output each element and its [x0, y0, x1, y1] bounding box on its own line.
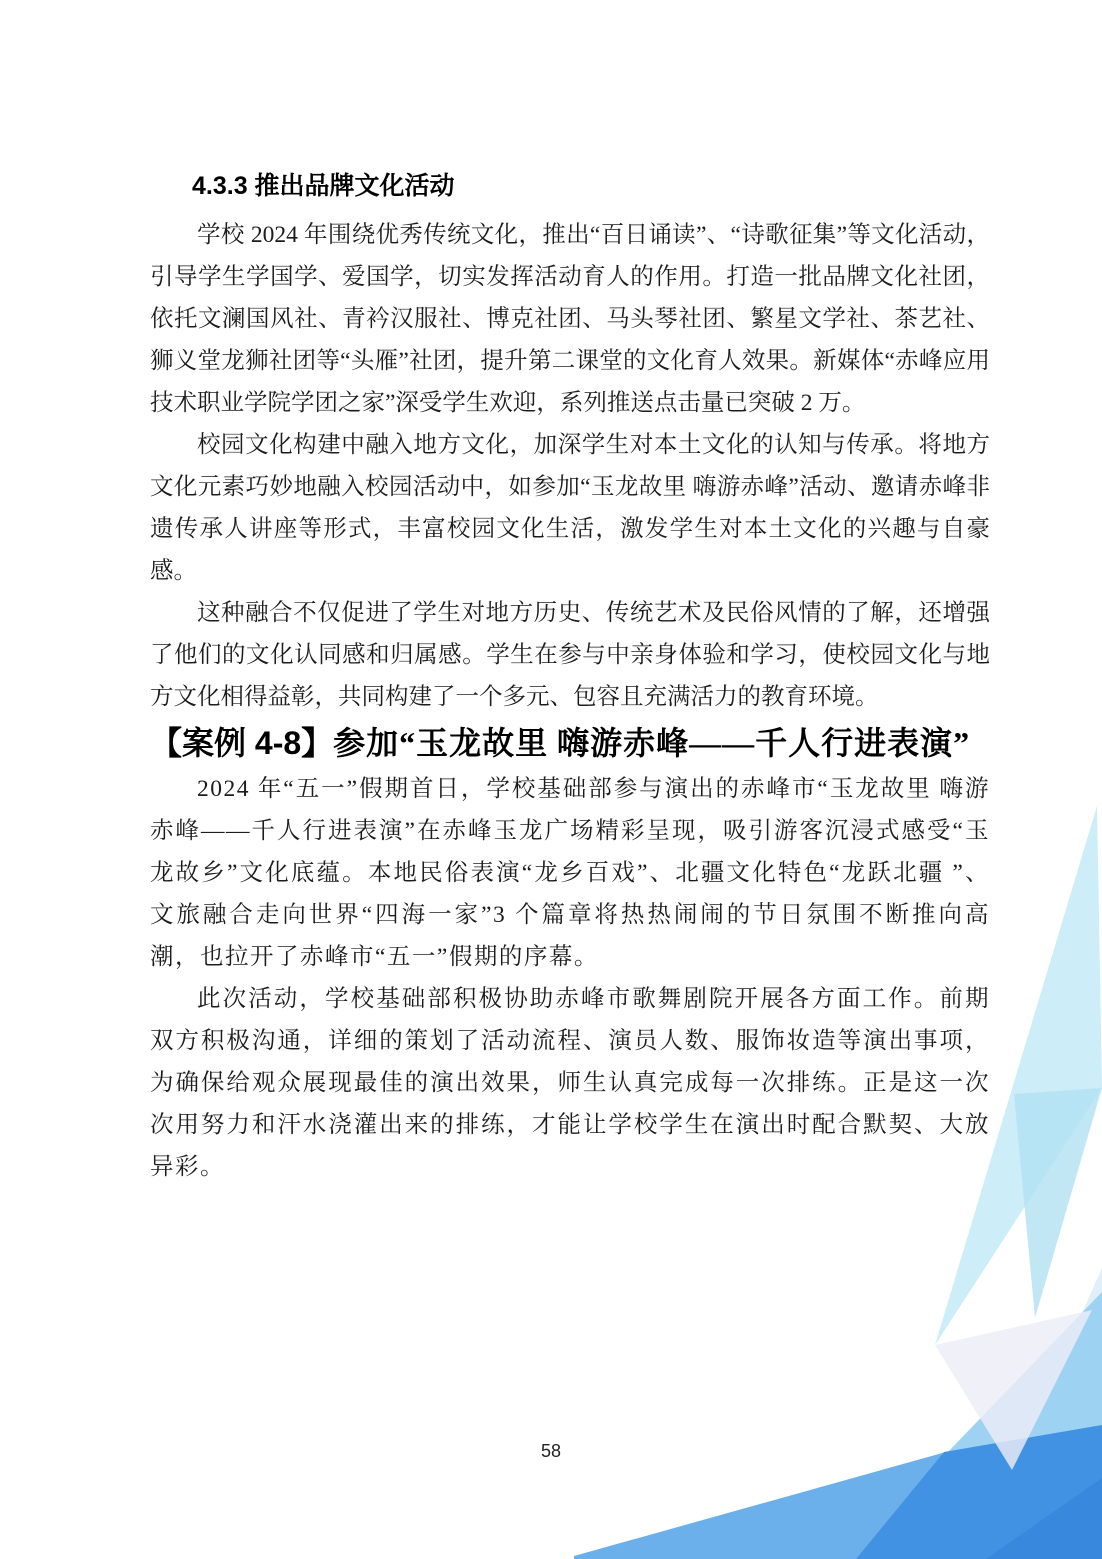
decoration-sky-band: [858, 1292, 1102, 1559]
case-paragraph-performance: 2024 年“五一”假期首日，学校基础部参与演出的赤峰市“玉龙故里 嗨游赤峰——…: [150, 768, 990, 978]
case-label: 【案例 4-8】: [150, 725, 333, 761]
section-heading: 4.3.3 推出品牌文化活动: [192, 166, 990, 206]
case-paragraph-rehearsal: 此次活动，学校基础部积极协助赤峰市歌舞剧院开展各方面工作。前期双方积极沟通，详细…: [150, 978, 990, 1188]
paragraph-local-culture: 校园文化构建中融入地方文化，加深学生对本土文化的认知与传承。将地方文化元素巧妙地…: [150, 424, 990, 592]
page-number: 58: [0, 1441, 1102, 1462]
document-page: 4.3.3 推出品牌文化活动 学校 2024 年围绕优秀传统文化，推出“百日诵读…: [0, 0, 1102, 1559]
decoration-medium-sliver: [574, 1452, 1024, 1559]
text-column: 4.3.3 推出品牌文化活动 学校 2024 年围绕优秀传统文化，推出“百日诵读…: [150, 166, 990, 1188]
case-title: 参加“玉龙故里 嗨游赤峰——千人行进表演”: [333, 725, 970, 761]
decoration-deeper-facet: [986, 1478, 1102, 1559]
paragraph-integration-result: 这种融合不仅促进了学生对地方历史、传统艺术及民俗风情的了解，还增强了他们的文化认…: [150, 592, 990, 718]
decoration-pale-sliver: [1072, 1268, 1102, 1336]
decoration-cyan-facet: [1014, 1088, 1102, 1318]
paragraph-brand-activities: 学校 2024 年围绕优秀传统文化，推出“百日诵读”、“诗歌征集”等文化活动，引…: [150, 214, 990, 424]
case-heading: 【案例 4-8】参加“玉龙故里 嗨游赤峰——千人行进表演”: [150, 718, 990, 768]
